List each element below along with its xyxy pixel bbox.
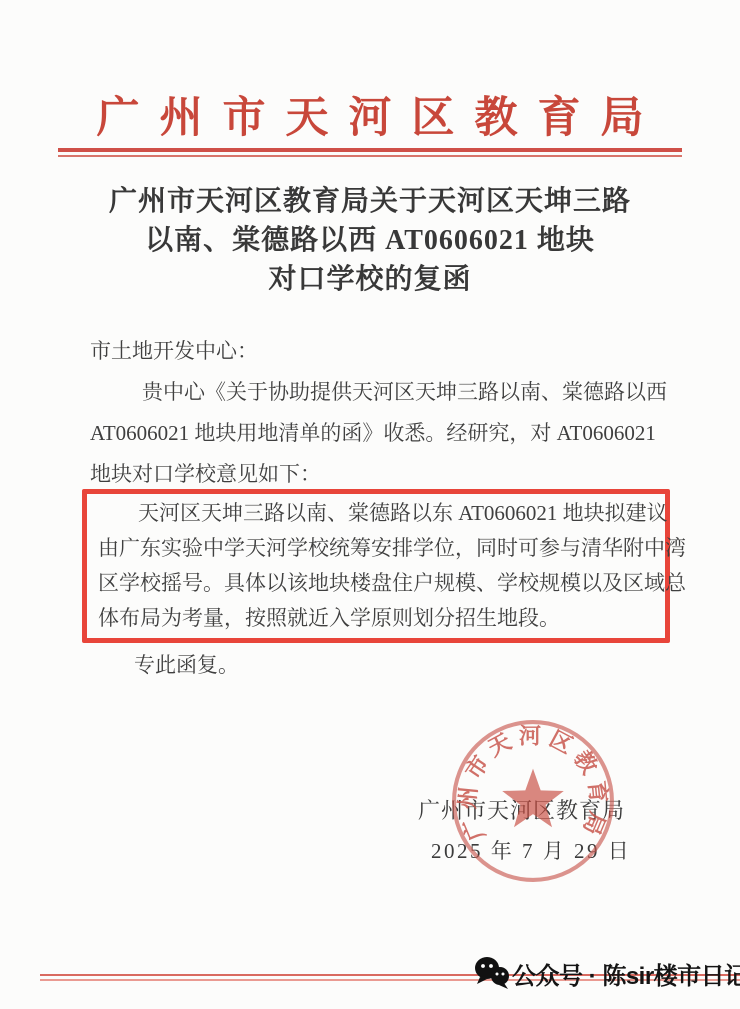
highlighted-line: 由广东实验中学天河学校统筹安排学位，同时可参与清华附中湾	[98, 531, 654, 566]
highlighted-line: 天河区天坤三路以南、棠德路以东 AT0606021 地块拟建议	[98, 496, 654, 531]
document-title-line-1: 广州市天河区教育局关于天河区天坤三路	[0, 182, 740, 221]
seal-star-icon	[502, 769, 564, 828]
salutation: 市土地开发中心：	[90, 331, 656, 372]
letterhead-org-name: 广州市天河区教育局	[0, 84, 740, 145]
document-title-line-2: 以南、棠德路以西 AT0606021 地块	[0, 221, 740, 260]
highlight-annotation-box: 天河区天坤三路以南、棠德路以东 AT0606021 地块拟建议 由广东实验中学天…	[82, 489, 670, 643]
letterhead-divider-rule	[58, 148, 682, 157]
document-title: 广州市天河区教育局关于天河区天坤三路 以南、棠德路以西 AT0606021 地块…	[0, 182, 740, 299]
official-seal-stamp: 广州市天河区教育局	[448, 716, 618, 886]
highlighted-line: 体布局为考量，按照就近入学原则划分招生地段。	[98, 601, 654, 636]
paragraph-line: 贵中心《关于协助提供天河区天坤三路以南、棠德路以西	[90, 372, 656, 413]
wechat-account-label: 公众号 · 陈sir楼市日记	[512, 956, 740, 991]
wechat-icon	[474, 956, 510, 990]
document-title-line-3: 对口学校的复函	[0, 260, 740, 299]
scanned-letter-page: 广州市天河区教育局 广州市天河区教育局关于天河区天坤三路 以南、棠德路以西 AT…	[0, 0, 740, 1009]
letter-body: 市土地开发中心： 贵中心《关于协助提供天河区天坤三路以南、棠德路以西 AT060…	[90, 331, 656, 686]
paragraph-line: AT0606021 地块用地清单的函》收悉。经研究，对 AT0606021	[90, 413, 656, 454]
highlighted-line: 区学校摇号。具体以该地块楼盘住户规模、学校规模以及区域总	[98, 566, 654, 601]
closing-phrase: 专此函复。	[90, 645, 656, 686]
